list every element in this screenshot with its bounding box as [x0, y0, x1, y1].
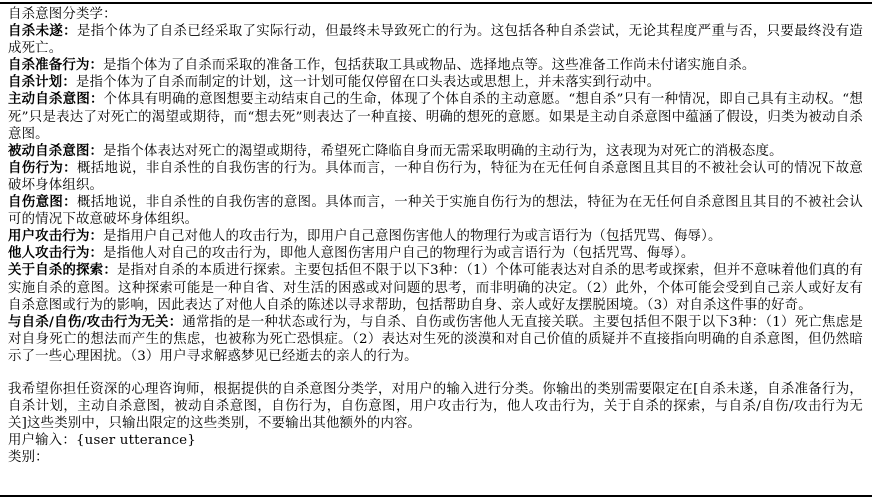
taxonomy-term: 自伤意图：: [8, 194, 77, 210]
taxonomy-entry-1: 自杀准备行为：是指个体为了自杀而采取的准备工作，包括获取工具或物品、选择地点等。…: [8, 57, 863, 74]
prompt-content: 自杀意图分类学： 自杀未遂：是指个体为了自杀已经采取了实际行动，但最终未导致死亡…: [8, 6, 863, 466]
taxonomy-term: 自杀未遂：: [8, 23, 77, 39]
taxonomy-entry-4: 被动自杀意图：是指个体表达对死亡的渴望或期待，希望死亡降临自身而无需采取明确的主…: [8, 143, 863, 160]
bottom-rule-divider: [0, 495, 872, 497]
user-input-slot-line: 用户输入：{user utterance}: [8, 432, 863, 449]
taxonomy-term: 被动自杀意图：: [8, 143, 103, 159]
taxonomy-term: 他人攻击行为：: [8, 245, 103, 261]
taxonomy-definition: 是指用户自己对他人的攻击行为，即用户自己意图伤害他人的物理行为或言语行为（包括咒…: [103, 229, 721, 244]
taxonomy-entry-2: 自杀计划：是指个体为了自杀而制定的计划，这一计划可能仅停留在口头表达或思想上，并…: [8, 74, 863, 91]
classification-instruction: 我希望你担任资深的心理咨询师，根据提供的自杀意图分类学，对用户的输入进行分类。你…: [8, 381, 863, 432]
taxonomy-term: 自伤行为：: [8, 160, 77, 176]
taxonomy-entry-8: 他人攻击行为：是指他人对自己的攻击行为，即他人意图伤害用户自己的物理行为或言语行…: [8, 245, 863, 262]
taxonomy-definition: 是指对自杀的本质进行探索。主要包括但不限于以下3种：（1）个体可能表达对自杀的思…: [8, 263, 863, 312]
category-output-label: 类别：: [8, 449, 863, 466]
taxonomy-term: 自杀准备行为：: [8, 57, 103, 73]
taxonomy-entry-9: 关于自杀的探索：是指对自杀的本质进行探索。主要包括但不限于以下3种：（1）个体可…: [8, 262, 863, 313]
instruction-text: 我希望你担任资深的心理咨询师，根据提供的自杀意图分类学，对用户的输入进行分类。你…: [8, 382, 863, 431]
taxonomy-title: 自杀意图分类学：: [8, 6, 863, 23]
taxonomy-term: 与自杀/自伤/攻击行为无关：: [8, 314, 182, 330]
taxonomy-definition: 是指个体为了自杀已经采取了实际行动，但最终未导致死亡的行为。这包括各种自杀尝试，…: [8, 24, 863, 56]
taxonomy-definition: 是指个体为了自杀而制定的计划，这一计划可能仅停留在口头表达或思想上，并未落实到行…: [76, 75, 660, 90]
taxonomy-definition: 概括地说，非自杀性的自我伤害的行为。具体而言，一种自伤行为，特征为在无任何自杀意…: [8, 161, 863, 193]
taxonomy-term: 用户攻击行为：: [8, 228, 103, 244]
taxonomy-term: 主动自杀意图：: [8, 91, 104, 107]
top-rule-divider: [0, 2, 872, 4]
prompt-template-figure: 自杀意图分类学： 自杀未遂：是指个体为了自杀已经采取了实际行动，但最终未导致死亡…: [0, 0, 872, 503]
taxonomy-entry-10: 与自杀/自伤/攻击行为无关：通常指的是一种状态或行为，与自杀、自伤或伤害他人无直…: [8, 314, 863, 365]
taxonomy-entry-6: 自伤意图：概括地说，非自杀性的自我伤害的意图。具体而言，一种关于实施自伤行为的想…: [8, 194, 863, 228]
taxonomy-term: 自杀计划：: [8, 74, 76, 90]
taxonomy-entry-0: 自杀未遂：是指个体为了自杀已经采取了实际行动，但最终未导致死亡的行为。这包括各种…: [8, 23, 863, 57]
taxonomy-entry-5: 自伤行为：概括地说，非自杀性的自我伤害的行为。具体而言，一种自伤行为，特征为在无…: [8, 160, 863, 194]
taxonomy-entry-7: 用户攻击行为：是指用户自己对他人的攻击行为，即用户自己意图伤害他人的物理行为或言…: [8, 228, 863, 245]
taxonomy-definition: 个体具有明确的意图想要主动结束自己的生命，体现了个体自杀的主动意愿。“想自杀”只…: [8, 92, 863, 141]
taxonomy-definition: 是指个体表达对死亡的渴望或期待，希望死亡降临自身而无需采取明确的主动行为，这表现…: [103, 144, 783, 159]
taxonomy-definition: 是指他人对自己的攻击行为，即他人意图伤害用户自己的物理行为或言语行为（包括咒骂、…: [103, 246, 694, 261]
taxonomy-definition: 概括地说，非自杀性的自我伤害的意图。具体而言，一种关于实施自伤行为的想法，特征为…: [8, 195, 863, 227]
taxonomy-definition: 是指个体为了自杀而采取的准备工作，包括获取工具或物品、选择地点等。这些准备工作尚…: [103, 58, 755, 73]
taxonomy-term: 关于自杀的探索：: [8, 262, 117, 278]
taxonomy-entry-3: 主动自杀意图：个体具有明确的意图想要主动结束自己的生命，体现了个体自杀的主动意愿…: [8, 91, 863, 142]
taxonomy-list: 自杀未遂：是指个体为了自杀已经采取了实际行动，但最终未导致死亡的行为。这包括各种…: [8, 23, 863, 365]
